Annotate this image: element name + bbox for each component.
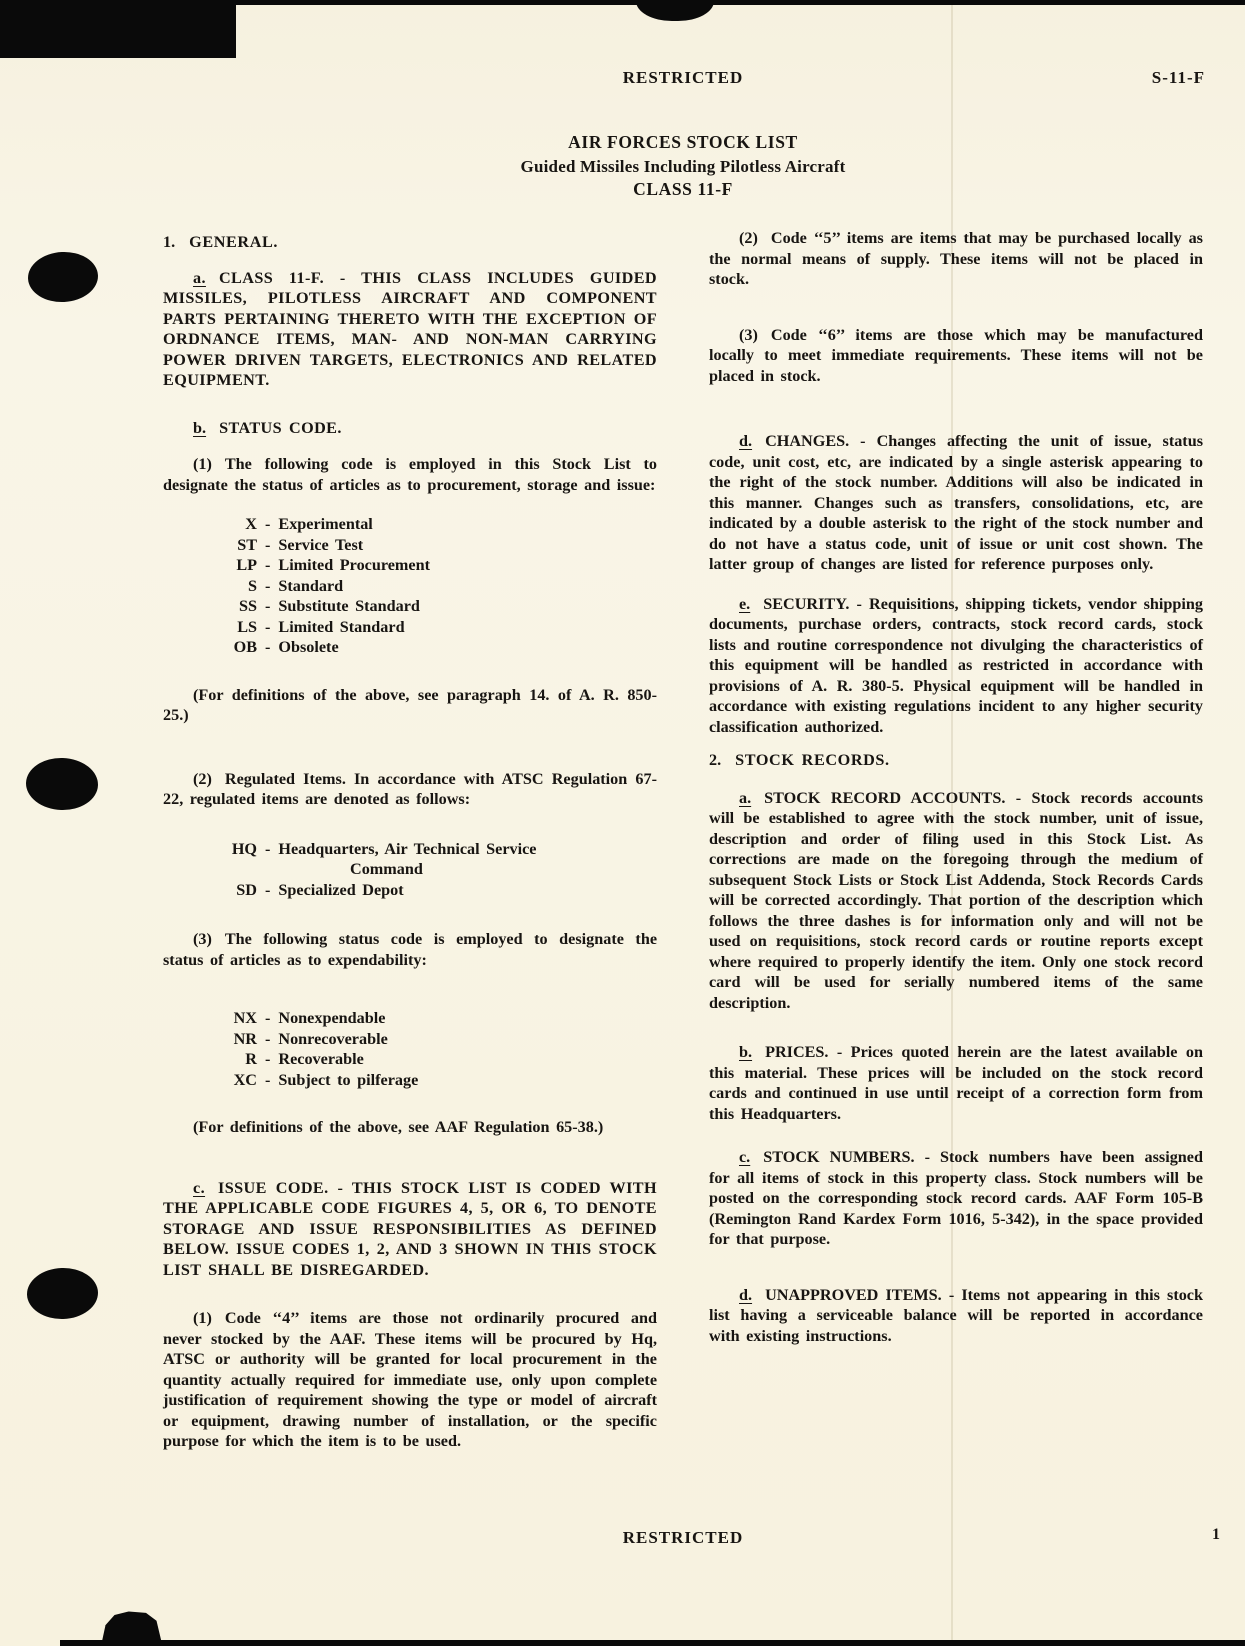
- left-column: 1.GENERAL. a.CLASS 11-F. - THIS CLASS IN…: [163, 224, 657, 1452]
- section-title: STOCK RECORDS.: [735, 751, 890, 769]
- code-description: Experimental: [278, 515, 372, 533]
- paragraph-label: c.: [193, 1179, 205, 1197]
- paragraph-label: d.: [739, 1286, 752, 1304]
- code: OB: [221, 637, 257, 658]
- status-code-list: X-Experimental ST-Service Test LP-Limite…: [221, 514, 657, 658]
- paragraph-2d: d.UNAPPROVED ITEMS. - Items not appearin…: [709, 1285, 1203, 1347]
- code-description: Nonrecoverable: [278, 1030, 387, 1048]
- code-description: Nonexpendable: [278, 1009, 385, 1027]
- paragraph-text: UNAPPROVED ITEMS. - Items not appearing …: [709, 1286, 1203, 1345]
- code-description: Limited Standard: [278, 618, 404, 636]
- paragraph-text: Code ‘‘6’’ items are those which may be …: [709, 326, 1203, 385]
- list-item: SS-Substitute Standard: [221, 596, 657, 617]
- list-item: SD-Specialized Depot: [221, 880, 657, 901]
- paragraph-text: STATUS CODE.: [219, 419, 342, 437]
- page-title: AIR FORCES STOCK LIST: [163, 131, 1203, 155]
- paragraph-label: (2): [739, 229, 758, 247]
- paragraph-1b2: (2)Regulated Items. In accordance with A…: [163, 769, 657, 810]
- dash-separator: -: [257, 1049, 278, 1070]
- dash-separator: -: [257, 576, 278, 597]
- paragraph-label: b.: [739, 1043, 752, 1061]
- code-description: Limited Procurement: [278, 556, 430, 574]
- dash-separator: -: [257, 555, 278, 576]
- document-code: S-11-F: [1152, 68, 1205, 88]
- binder-hole-punch-bottom: [26, 1267, 99, 1320]
- paragraph-2b: b.PRICES. - Prices quoted herein are the…: [709, 1042, 1203, 1124]
- code: LS: [221, 617, 257, 638]
- note-aaf-65-38: (For definitions of the above, see AAF R…: [163, 1117, 657, 1138]
- code-description: Standard: [278, 577, 343, 595]
- binder-hole-punch-top: [27, 250, 100, 304]
- paragraph-1a: a.CLASS 11-F. - THIS CLASS INCLUDES GUID…: [163, 268, 657, 391]
- paragraph-1b3: (3)The following status code is employed…: [163, 929, 657, 970]
- list-item: X-Experimental: [221, 514, 657, 535]
- code: S: [221, 576, 257, 597]
- code-description: Service Test: [278, 536, 363, 554]
- list-item: NX-Nonexpendable: [221, 1008, 657, 1029]
- dash-separator: -: [257, 535, 278, 556]
- code-description: Subject to pilferage: [278, 1071, 418, 1089]
- paragraph-text: Regulated Items. In accordance with ATSC…: [163, 770, 657, 809]
- scan-torn-corner-top-left: [0, 0, 236, 58]
- paragraph-text: STOCK RECORD ACCOUNTS. - Stock records a…: [709, 789, 1203, 1012]
- list-item: OB-Obsolete: [221, 637, 657, 658]
- paragraph-label: e.: [739, 595, 750, 613]
- code-description: Recoverable: [278, 1050, 363, 1068]
- paragraph-text: CLASS 11-F. - THIS CLASS INCLUDES GUIDED…: [163, 269, 657, 390]
- paragraph-2c: c.STOCK NUMBERS. - Stock numbers have be…: [709, 1147, 1203, 1250]
- paragraph-2a: a.STOCK RECORD ACCOUNTS. - Stock records…: [709, 788, 1203, 1014]
- list-item: HQ-Headquarters, Air Technical Service: [221, 839, 657, 860]
- code-description: Specialized Depot: [278, 881, 403, 899]
- paragraph-1e: e.SECURITY. - Requisitions, shipping tic…: [709, 594, 1203, 738]
- paragraph-1d: d.CHANGES. - Changes affecting the unit …: [709, 431, 1203, 575]
- paragraph-label: a.: [739, 789, 751, 807]
- document-body: 1.GENERAL. a.CLASS 11-F. - THIS CLASS IN…: [163, 224, 1203, 1452]
- code: NX: [221, 1008, 257, 1029]
- paragraph-text: Code ‘‘5’’ items are items that may be p…: [709, 229, 1203, 288]
- classification-footer: RESTRICTED: [163, 1528, 1203, 1548]
- scan-blob-top-center: [636, 0, 714, 21]
- section-number: 1.: [163, 233, 175, 251]
- code: NR: [221, 1029, 257, 1050]
- dash-separator: -: [257, 1029, 278, 1050]
- code-description: Substitute Standard: [278, 597, 420, 615]
- paragraph-1b1: (1)The following code is employed in thi…: [163, 454, 657, 495]
- page-subtitle: Guided Missiles Including Pilotless Airc…: [163, 155, 1203, 179]
- paragraph-label: (3): [739, 326, 758, 344]
- list-item: LS-Limited Standard: [221, 617, 657, 638]
- title-block: AIR FORCES STOCK LIST Guided Missiles In…: [163, 131, 1203, 202]
- paragraph-text: ISSUE CODE. - THIS STOCK LIST IS CODED W…: [163, 1179, 657, 1279]
- dash-separator: -: [257, 839, 278, 860]
- page-number: 1: [1212, 1526, 1220, 1544]
- paragraph-text: The following status code is employed to…: [163, 930, 657, 969]
- paragraph-label: c.: [739, 1148, 750, 1166]
- list-item: LP-Limited Procurement: [221, 555, 657, 576]
- binder-hole-punch-middle: [25, 757, 99, 811]
- note-ar-850-25: (For definitions of the above, see parag…: [163, 685, 657, 726]
- paragraph-text: PRICES. - Prices quoted herein are the l…: [709, 1043, 1203, 1123]
- expendability-code-list: NX-Nonexpendable NR-Nonrecoverable R-Rec…: [221, 1008, 657, 1090]
- code-description: Headquarters, Air Technical Service: [278, 840, 536, 858]
- paragraph-label: (1): [193, 455, 212, 473]
- section-number: 2.: [709, 751, 721, 769]
- paragraph-label: b.: [193, 419, 206, 437]
- paragraph-text: SECURITY. - Requisitions, shipping ticke…: [709, 595, 1203, 736]
- paragraph-1c2: (2)Code ‘‘5’’ items are items that may b…: [709, 228, 1203, 290]
- list-item: XC-Subject to pilferage: [221, 1070, 657, 1091]
- list-item: R-Recoverable: [221, 1049, 657, 1070]
- dash-separator: -: [257, 514, 278, 535]
- dash-separator: -: [257, 880, 278, 901]
- paragraph-1c: c.ISSUE CODE. - THIS STOCK LIST IS CODED…: [163, 1178, 657, 1281]
- class-designation: CLASS 11-F: [163, 178, 1203, 202]
- dash-separator: -: [257, 617, 278, 638]
- section-1-heading: 1.GENERAL.: [163, 232, 657, 253]
- paragraph-label: (1): [193, 1309, 212, 1327]
- code: XC: [221, 1070, 257, 1091]
- code: HQ: [221, 839, 257, 860]
- paragraph-text: The following code is employed in this S…: [163, 455, 657, 494]
- code: ST: [221, 535, 257, 556]
- dash-separator: -: [257, 1070, 278, 1091]
- code: X: [221, 514, 257, 535]
- paragraph-1c3: (3)Code ‘‘6’’ items are those which may …: [709, 325, 1203, 387]
- paragraph-text: STOCK NUMBERS. - Stock numbers have been…: [709, 1148, 1203, 1248]
- paragraph-1b-heading: b.STATUS CODE.: [163, 418, 657, 439]
- paragraph-label: (2): [193, 770, 212, 788]
- list-item: NR-Nonrecoverable: [221, 1029, 657, 1050]
- code: SS: [221, 596, 257, 617]
- dash-separator: -: [257, 637, 278, 658]
- paragraph-1c1: (1)Code ‘‘4’’ items are those not ordina…: [163, 1308, 657, 1452]
- paragraph-label: d.: [739, 432, 752, 450]
- code: LP: [221, 555, 257, 576]
- section-2-heading: 2.STOCK RECORDS.: [709, 750, 1203, 771]
- paragraph-text: Code ‘‘4’’ items are those not ordinaril…: [163, 1309, 657, 1450]
- dash-separator: -: [257, 1008, 278, 1029]
- code: R: [221, 1049, 257, 1070]
- regulated-code-list: HQ-Headquarters, Air Technical Service C…: [221, 839, 657, 901]
- list-item: ST-Service Test: [221, 535, 657, 556]
- list-item-continuation: Command: [350, 859, 657, 880]
- classification-header: RESTRICTED: [163, 68, 1203, 88]
- paragraph-label: (3): [193, 930, 212, 948]
- paragraph-text: CHANGES. - Changes affecting the unit of…: [709, 432, 1203, 573]
- right-column: (2)Code ‘‘5’’ items are items that may b…: [709, 224, 1203, 1452]
- list-item: S-Standard: [221, 576, 657, 597]
- scanned-document-page: { "page": { "classification_header": "RE…: [0, 0, 1245, 1646]
- code-description: Obsolete: [278, 638, 338, 656]
- dash-separator: -: [257, 596, 278, 617]
- paragraph-label: a.: [193, 269, 206, 287]
- section-title: GENERAL.: [189, 233, 278, 251]
- scan-edge-bottom-strip: [60, 1640, 1245, 1646]
- code: SD: [221, 880, 257, 901]
